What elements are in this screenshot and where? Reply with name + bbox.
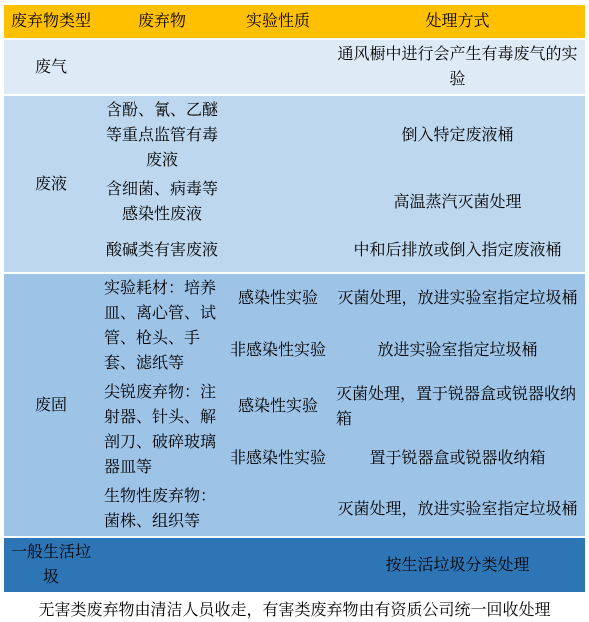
cell-solid-nature-noninfectious-1: 非感染性实验: [226, 323, 330, 378]
cell-solid-nature-noninfectious-2: 非感染性实验: [226, 435, 330, 482]
row-general-waste: 一般生活垃圾 按生活垃圾分类处理: [4, 537, 585, 592]
waste-disposal-sheet: 废弃物类型 废弃物 实验性质 处理方式 废气 通风橱中进行会产生有毒废气的实验 …: [0, 0, 589, 622]
cell-solid-treatment-biological: 灭菌处理，放进实验室指定垃圾桶: [330, 482, 585, 537]
cell-solid-nature-infectious-2: 感染性实验: [226, 378, 330, 435]
cell-gas-type: 废气: [4, 39, 98, 95]
cell-solid-treatment-consumables-noninfectious: 放进实验室指定垃圾桶: [330, 323, 585, 378]
cell-solid-treatment-sharps-noninfectious: 置于锐器盒或锐器收纳箱: [330, 435, 585, 482]
cell-liquid-waste-acid-base: 酸碱类有害废液: [98, 229, 226, 273]
cell-liquid-waste-infectious: 含细菌、病毒等感染性废液: [98, 175, 226, 229]
footer-note: 无害类废弃物由清洁人员收走，有害类废弃物由有资质公司统一回收处理: [4, 595, 585, 622]
row-waste-solid-1: 废固 实验耗材：培养皿、离心管、试管、枪头、手套、滤纸等 感染性实验 灭菌处理，…: [4, 273, 585, 323]
cell-liquid-nature-empty-3: [226, 229, 330, 273]
cell-general-nature-empty: [226, 537, 330, 592]
cell-solid-waste-consumables: 实验耗材：培养皿、离心管、试管、枪头、手套、滤纸等: [98, 273, 226, 378]
cell-solid-type: 废固: [4, 273, 98, 537]
cell-general-treatment: 按生活垃圾分类处理: [330, 537, 585, 592]
cell-liquid-nature-empty-2: [226, 175, 330, 229]
cell-general-type: 一般生活垃圾: [4, 537, 98, 592]
cell-liquid-treatment-infectious: 高温蒸汽灭菌处理: [330, 175, 585, 229]
table-header-row: 废弃物类型 废弃物 实验性质 处理方式: [4, 5, 585, 39]
cell-gas-nature-empty: [226, 39, 330, 95]
row-waste-liquid-1: 废液 含酚、氰、乙醚等重点监管有毒废液 倒入特定废液桶: [4, 95, 585, 175]
cell-liquid-nature-empty-1: [226, 95, 330, 175]
header-treatment: 处理方式: [330, 5, 585, 39]
cell-solid-waste-biological: 生物性废弃物：菌株、组织等: [98, 482, 226, 537]
header-waste: 废弃物: [98, 5, 226, 39]
header-waste-type: 废弃物类型: [4, 5, 98, 39]
cell-gas-waste-empty: [98, 39, 226, 95]
cell-liquid-type: 废液: [4, 95, 98, 273]
cell-solid-waste-sharps: 尖锐废弃物：注射器、针头、解剖刀、破碎玻璃器皿等: [98, 378, 226, 482]
cell-solid-treatment-consumables-infectious: 灭菌处理，放进实验室指定垃圾桶: [330, 273, 585, 323]
header-experiment-nature: 实验性质: [226, 5, 330, 39]
cell-solid-nature-infectious-1: 感染性实验: [226, 273, 330, 323]
cell-liquid-treatment-acid-base: 中和后排放或倒入指定废液桶: [330, 229, 585, 273]
cell-liquid-treatment-toxic: 倒入特定废液桶: [330, 95, 585, 175]
cell-solid-nature-empty: [226, 482, 330, 537]
waste-disposal-table: 废弃物类型 废弃物 实验性质 处理方式 废气 通风橱中进行会产生有毒废气的实验 …: [4, 5, 585, 592]
cell-gas-treatment: 通风橱中进行会产生有毒废气的实验: [330, 39, 585, 95]
cell-solid-treatment-sharps-infectious: 灭菌处理，置于锐器盒或锐器收纳箱: [330, 378, 585, 435]
cell-general-waste-empty: [98, 537, 226, 592]
cell-liquid-waste-toxic: 含酚、氰、乙醚等重点监管有毒废液: [98, 95, 226, 175]
row-waste-gas: 废气 通风橱中进行会产生有毒废气的实验: [4, 39, 585, 95]
